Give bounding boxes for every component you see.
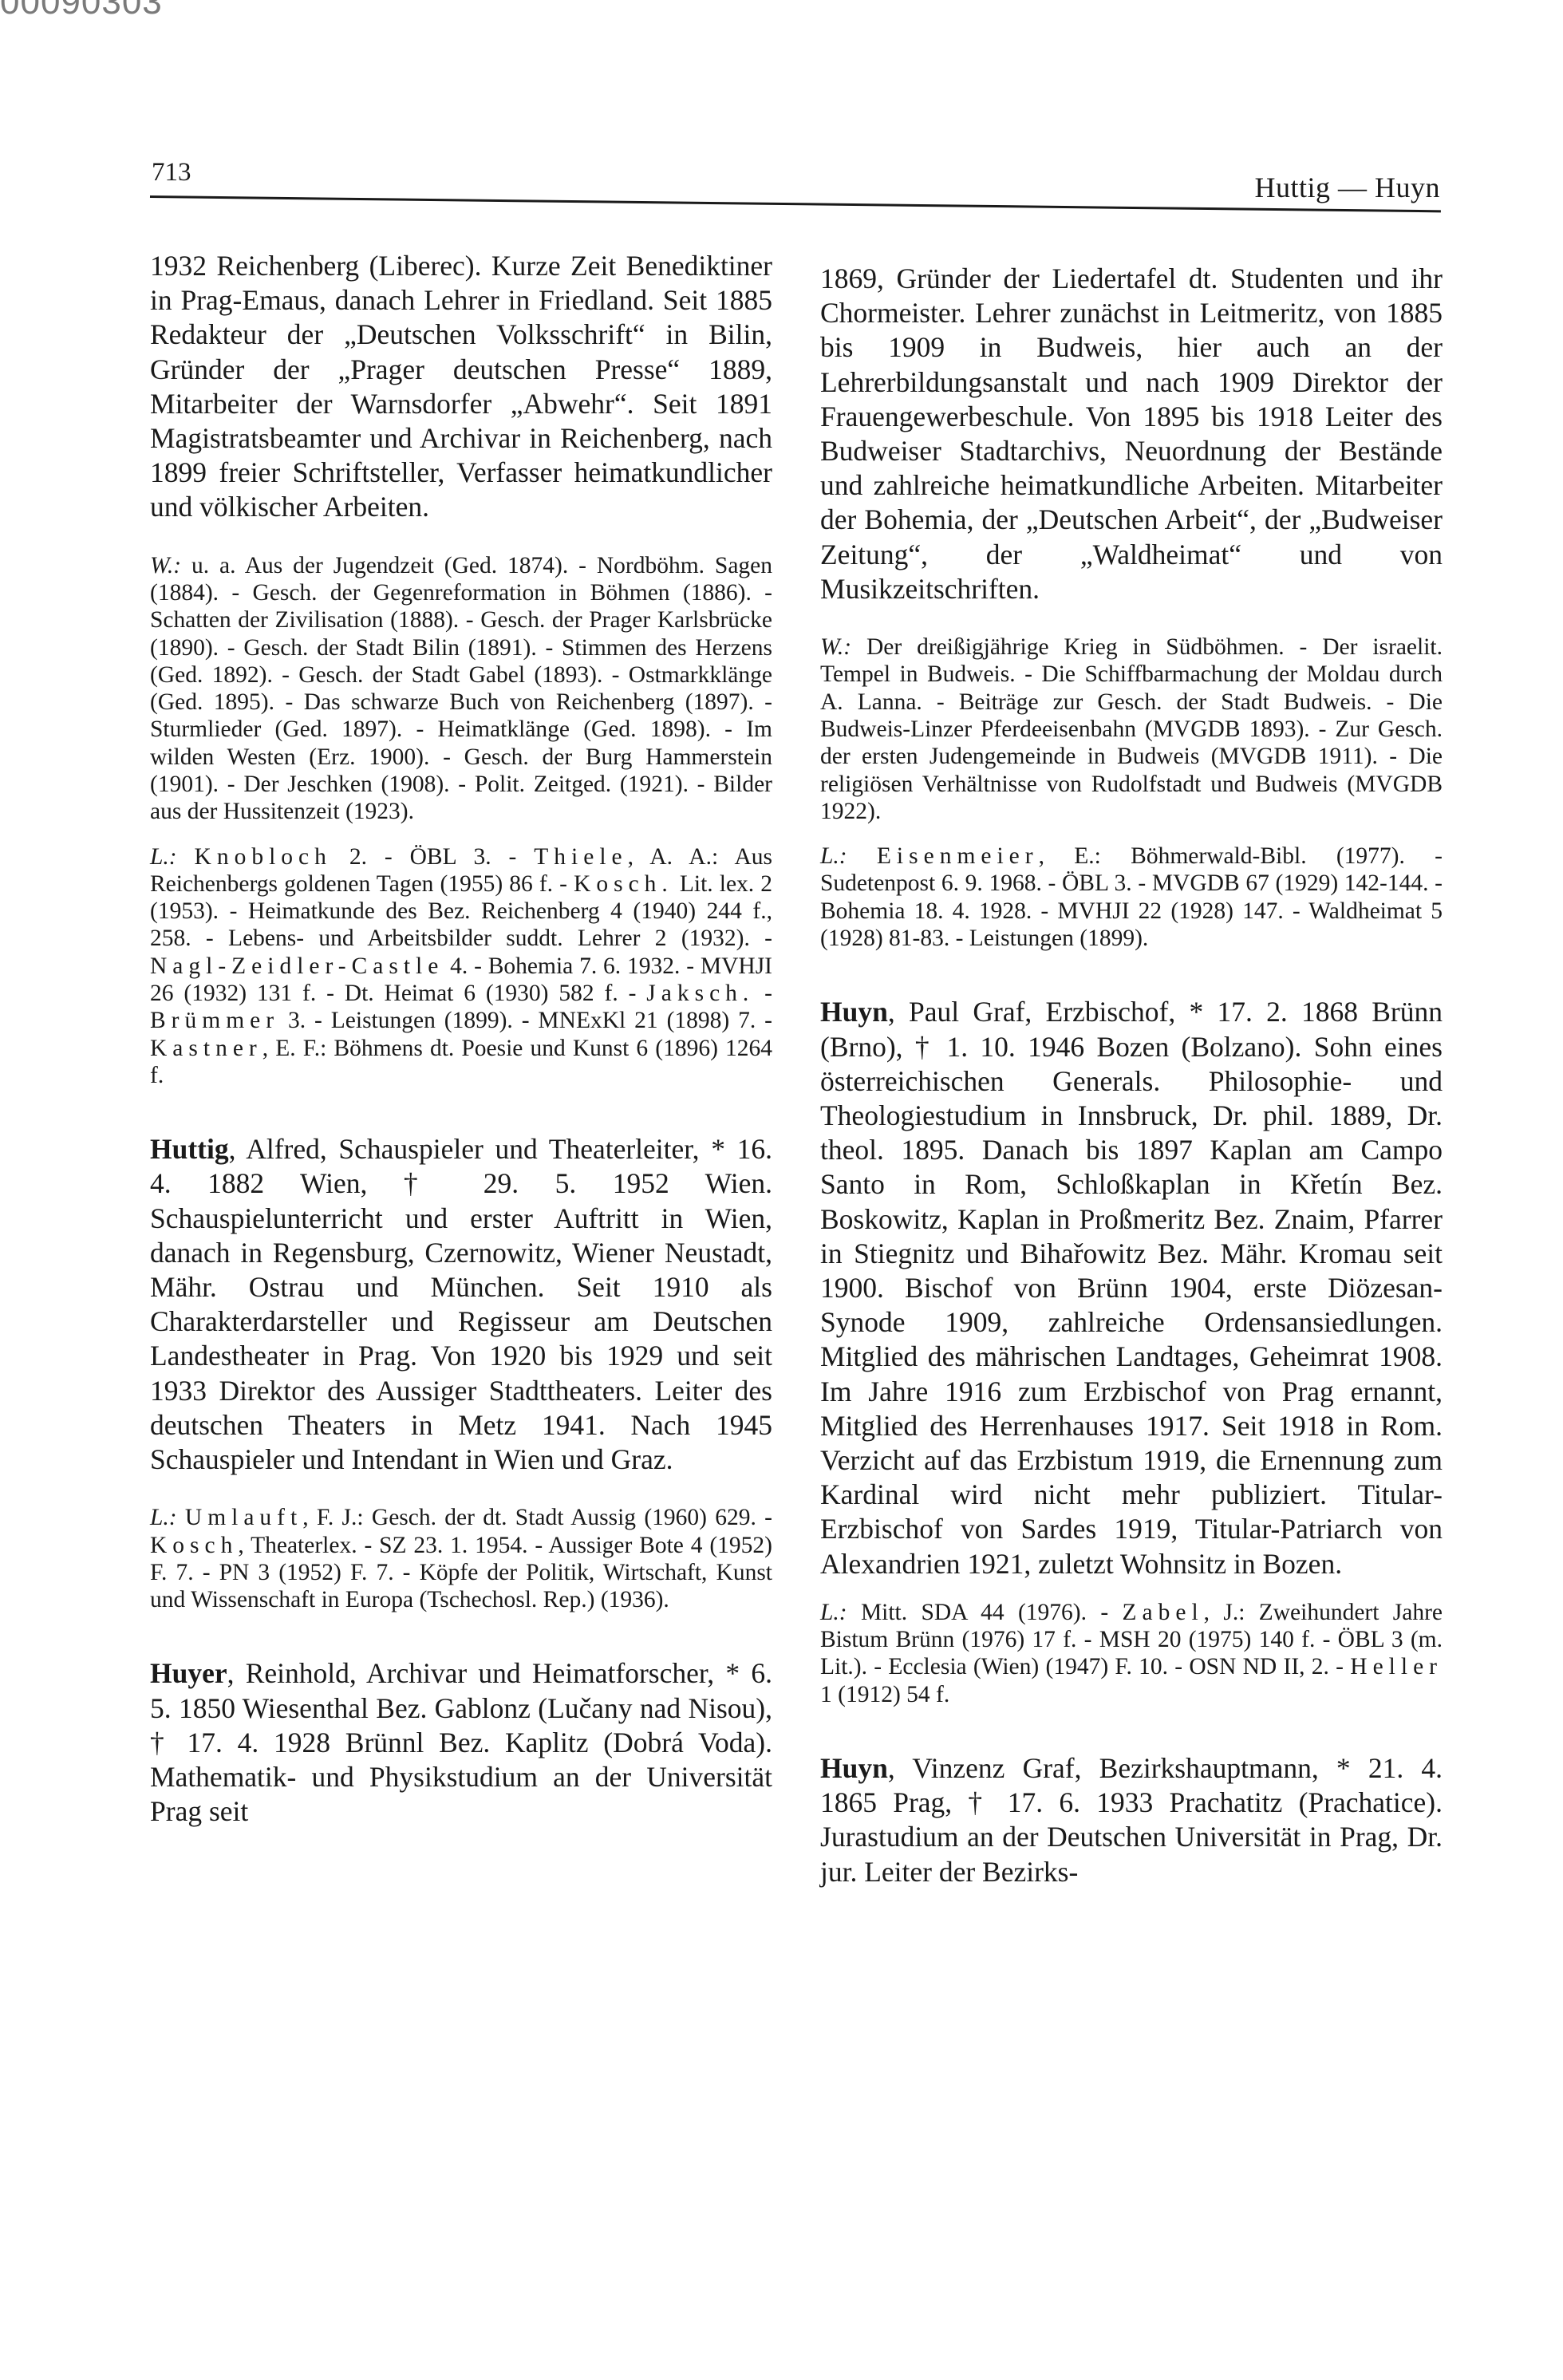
entry-name-huyn-vinzenz: Huyn (820, 1752, 888, 1784)
citation-text: Mitt. SDA 44 (1976). - (861, 1600, 1123, 1625)
author-name: Brümmer (150, 1008, 279, 1033)
citation-text: 2. - ÖBL 3. - (332, 844, 534, 870)
literature-list-huttig: L.: Umlauft, F. J.: Gesch. der dt. Stadt… (150, 1504, 772, 1613)
entry-text: , Vinzenz Graf, Bezirkshauptmann, * 21. … (820, 1752, 1443, 1888)
author-name: Eisenmeier (877, 843, 1039, 869)
author-name: Zabel (1122, 1600, 1203, 1625)
citation-text: , F. J.: Gesch. der dt. Stadt Aussig (19… (302, 1505, 772, 1530)
literature-text: Knobloch 2. - ÖBL 3. - Thiele, A. A.: Au… (150, 844, 772, 1088)
entry-name-huyn-paul: Huyn (820, 996, 888, 1028)
citation-text: 3. - Leistungen (1899). - MNExKl 21 (189… (279, 1008, 772, 1033)
literature-list-huyn-paul: L.: Mitt. SDA 44 (1976). - Zabel, J.: Zw… (820, 1599, 1443, 1708)
left-column: 1932 Reichenberg (Liberec). Kurze Zeit B… (150, 249, 772, 1829)
author-name: Knobloch (195, 844, 332, 870)
literature-text: Umlauft, F. J.: Gesch. der dt. Stadt Aus… (150, 1505, 772, 1612)
entry-huyn-vinzenz: Huyn, Vinzenz Graf, Bezirkshauptmann, * … (820, 1751, 1443, 1889)
entry-name-huyer: Huyer (150, 1657, 227, 1689)
literature-label: L.: (820, 1600, 847, 1625)
entry-huyn-paul: Huyn, Paul Graf, Erzbischof, * 17. 2. 18… (820, 995, 1443, 1581)
works-list: W.: u. a. Aus der Jugendzeit (Ged. 1874)… (150, 552, 772, 826)
entry-text: , Reinhold, Archivar und Heimatforscher,… (150, 1657, 772, 1827)
works-text: u. a. Aus der Jugendzeit (Ged. 1874). - … (150, 553, 772, 825)
works-label: W.: (820, 634, 851, 660)
huyer-continued-bio: 1869, Gründer der Liedertafel dt. Studen… (820, 262, 1443, 606)
entry-name-huttig: Huttig (150, 1133, 229, 1165)
huyer-continuation-bio: 1932 Reichenberg (Liberec). Kurze Zeit B… (150, 249, 772, 525)
author-name: Thiele (534, 844, 627, 870)
page-number: 713 (152, 158, 191, 187)
works-list-huyer: W.: Der dreißigjährige Krieg in Südböhme… (820, 633, 1443, 825)
literature-list: L.: Knobloch 2. - ÖBL 3. - Thiele, A. A.… (150, 843, 772, 1090)
literature-list-huyer: L.: Eisenmeier, E.: Böhmerwald-Bibl. (19… (820, 843, 1443, 952)
author-name: Umlauft (185, 1505, 302, 1530)
citation-text: , Theaterlex. - SZ 23. 1. 1954. - Aussig… (150, 1533, 772, 1613)
author-name: Kosch (150, 1533, 238, 1558)
literature-text: Mitt. SDA 44 (1976). - Zabel, J.: Zweihu… (820, 1600, 1443, 1707)
header-rule (150, 195, 1441, 212)
entry-text: , Alfred, Schauspieler und Theaterleiter… (150, 1133, 772, 1475)
literature-label: L.: (150, 844, 177, 870)
running-head: Huttig — Huyn (1254, 171, 1440, 204)
author-name: Nagl-Zeidler-Castle (150, 953, 444, 979)
citation-text: - (754, 981, 772, 1006)
author-name: Kosch. (574, 871, 673, 897)
entry-huttig: Huttig, Alfred, Schauspieler und Theater… (150, 1132, 772, 1477)
literature-label: L.: (820, 843, 847, 869)
author-name: Kastner (150, 1036, 262, 1061)
author-name: Jaksch. (646, 981, 754, 1006)
literature-text: Eisenmeier, E.: Böhmerwald-Bibl. (1977).… (820, 843, 1443, 951)
scan-id-watermark: 00090303 (0, 0, 163, 22)
entry-text: , Paul Graf, Erzbischof, * 17. 2. 1868 B… (820, 996, 1443, 1579)
author-name: Heller (1350, 1654, 1443, 1679)
right-column: 1869, Gründer der Liedertafel dt. Studen… (820, 262, 1443, 1889)
literature-label: L.: (150, 1505, 177, 1530)
works-text: Der dreißigjährige Krieg in Südböhmen. -… (820, 634, 1443, 824)
entry-huyer: Huyer, Reinhold, Archivar und Heimatfors… (150, 1656, 772, 1829)
works-label: W.: (150, 553, 181, 578)
citation-text: 1 (1912) 54 f. (820, 1682, 949, 1707)
